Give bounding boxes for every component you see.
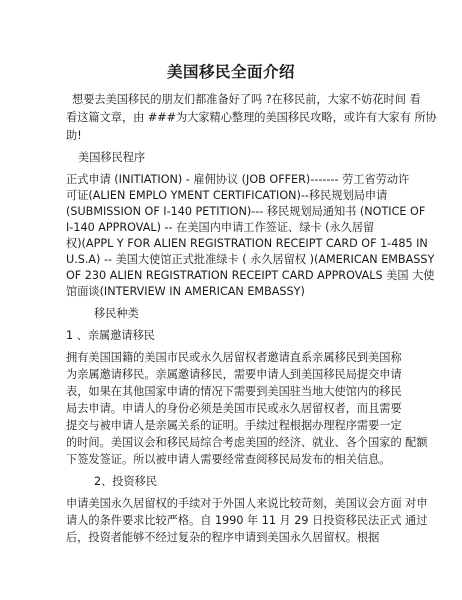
family-line: 的时间。美国议会和移民局综合考虑美国的经济、就业、各个国家的 配额	[66, 435, 428, 451]
intro-line: 想要去美国移民的朋友们都准备好了吗 ?在移民前，大家不妨花时间 看	[72, 92, 421, 108]
section-heading-types: 移民种类	[94, 306, 139, 322]
family-line: 表，如果在其他国家申请的情况下需要到美国驻当地大使馆内的移民	[66, 384, 402, 400]
family-line: 下签发签证。所以被申请人需要经常查阅移民局发布的相关信息。	[66, 452, 390, 468]
section-heading-procedure: 美国移民程序	[78, 150, 145, 166]
family-line: 提交与被申请人是亲属关系的证明。手续过程根据办理程序需要一定	[66, 418, 402, 434]
subsection-heading-family: 1 、亲属邀请移民	[66, 328, 155, 344]
procedure-line: 馆面谈(INTERVIEW IN AMERICAN EMBASSY)	[66, 284, 305, 300]
intro-line: 助!	[66, 128, 82, 144]
procedure-line: U.S.A) -- 美国大使馆正式批准绿卡 ( 永久居留权 )(AMERICAN…	[66, 252, 434, 268]
investment-line: 请人的条件要求比较严格。自 1990 年 11 月 29 日投资移民法正式 通过	[66, 513, 428, 529]
subsection-heading-investment: 2、投资移民	[94, 474, 157, 490]
family-line: 为亲属邀请移民。亲属邀请移民，需要申请人到美国移民局提交申请	[66, 367, 402, 383]
document-page: 美国移民全面介绍 想要去美国移民的朋友们都准备好了吗 ?在移民前，大家不妨花时间…	[0, 0, 462, 600]
family-line: 拥有美国国籍的美国市民或永久居留权者邀请直系亲属移民到美国称	[66, 350, 402, 366]
intro-line: 看这篇文章，由 ###为大家精心整理的美国移民攻略，或许有大家有 所协	[66, 110, 437, 126]
procedure-line: 正式申请 (INITIATION) - 雇佣协议 (JOB OFFER)----…	[66, 172, 409, 188]
procedure-line: I-140 APPROVAL) -- 在美国内申请工作签证、绿卡 (永久居留	[66, 220, 374, 236]
procedure-line: (SUBMISSION OF I-140 PETITION)--- 移民规划局通…	[66, 204, 425, 220]
procedure-line: 权)(APPL Y FOR ALIEN REGISTRATION RECEIPT…	[66, 236, 428, 252]
investment-line: 后，投资者能够不经过复杂的程序申请到美国永久居留权。根据	[66, 530, 379, 546]
procedure-line: 可证(ALIEN EMPLO YMENT CERTIFICATION)--移民规…	[66, 188, 387, 204]
family-line: 局去申请。申请人的身份必须是美国市民或永久居留权者，而且需要	[66, 401, 402, 417]
procedure-line: OF 230 ALIEN REGISTRATION RECEIPT CARD A…	[66, 268, 434, 284]
investment-line: 申请美国永久居留权的手续对于外国人来说比较苛刻，美国议会方面 对申	[66, 496, 428, 512]
document-title: 美国移民全面介绍	[0, 60, 462, 82]
